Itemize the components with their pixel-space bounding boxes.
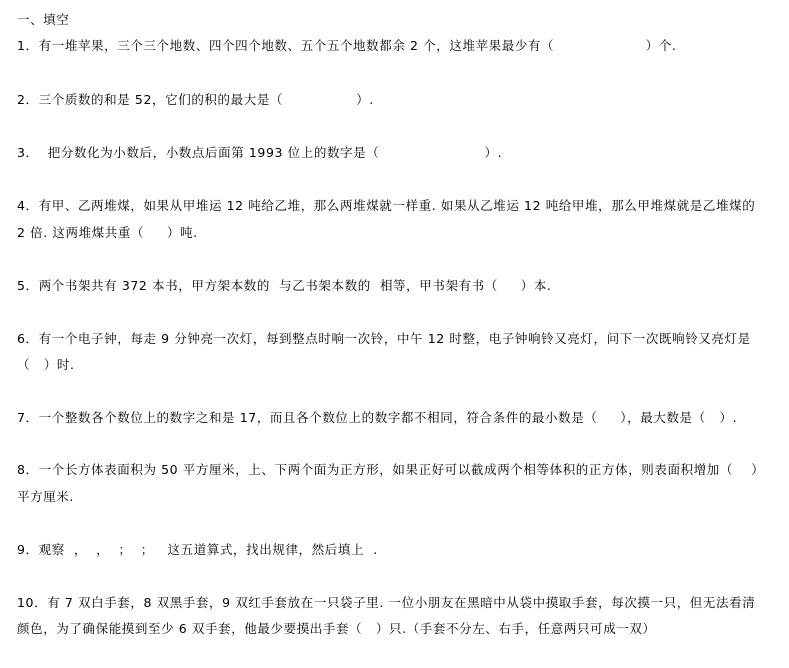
question-8-line-1: 8．一个长方体表面积为 50 平方厘米，上、下两个面为正方形，如果正好可以截成两… bbox=[17, 462, 764, 478]
question-10-line-1: 10．有 7 双白手套，8 双黑手套，9 双红手套放在一只袋子里. 一位小朋友在… bbox=[17, 595, 755, 611]
question-4-line-1: 4．有甲、乙两堆煤，如果从甲堆运 12 吨给乙堆，那么两堆煤就一样重. 如果从乙… bbox=[17, 198, 755, 214]
question-7-line-1: 7．一个整数各个数位上的数字之和是 17，而且各个数位上的数字都不相同，符合条件… bbox=[17, 410, 737, 426]
question-4-line-2: 2 倍. 这两堆煤共重（ ）吨. bbox=[17, 225, 198, 241]
question-2-line-1: 2．三个质数的和是 52，它们的积的最大是（ ）. bbox=[17, 92, 374, 108]
question-10-line-2: 颜色，为了确保能摸到至少 6 双手套，他最少要摸出手套（ ）只.（手套不分左、右… bbox=[17, 621, 656, 637]
question-5-line-1: 5．两个书架共有 372 本书，甲方架本数的 与乙书架本数的 相等，甲书架有书（… bbox=[17, 278, 552, 294]
question-6-line-2: （ ）时. bbox=[17, 357, 75, 373]
section-title: 一、填空 bbox=[17, 12, 69, 28]
question-8-line-2: 平方厘米. bbox=[17, 489, 74, 505]
question-3-line-1: 3． 把分数化为小数后，小数点后面第 1993 位上的数字是（ ）. bbox=[17, 145, 502, 161]
question-1-line-1: 1．有一堆苹果，三个三个地数、四个四个地数、五个五个地数都余 2 个，这堆苹果最… bbox=[17, 38, 676, 54]
question-9-line-1: 9．观察 ， ， ； ； 这五道算式，找出规律，然后填上 . bbox=[17, 542, 378, 558]
question-6-line-1: 6．有一个电子钟，每走 9 分钟亮一次灯，每到整点时响一次铃，中午 12 时整，… bbox=[17, 331, 751, 347]
